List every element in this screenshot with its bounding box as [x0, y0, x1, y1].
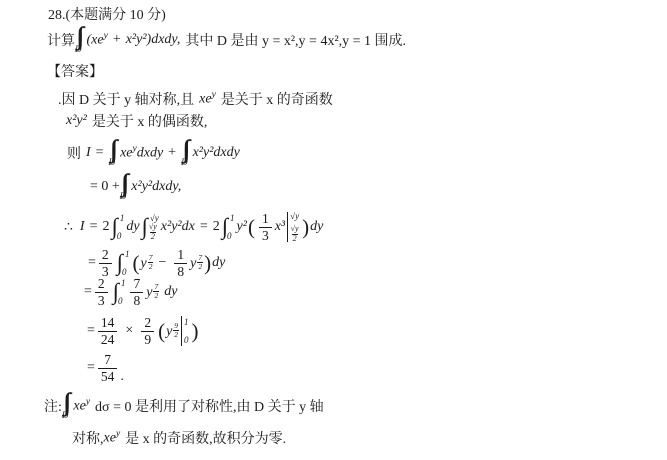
period: . [120, 369, 124, 385]
equals-sign: = [90, 219, 98, 235]
problem-lead: 计算 [47, 30, 75, 50]
evaluation-bar: 10 [181, 316, 189, 346]
equation-5-line: = 23 ∫ 10 78 y72 dy [84, 275, 177, 309]
intro-text-3: 是关于 x 的偶函数, [92, 111, 208, 131]
integral-limits: √y √y2 [147, 213, 159, 241]
vertical-bar [287, 212, 288, 242]
double-integral-sign: ∫∫ D [77, 26, 84, 54]
vertical-bar [181, 316, 182, 346]
y-power-7-2: y72 [140, 254, 153, 272]
xe-power-y-term: xey [104, 429, 121, 447]
note-text-1: dσ = 0 是利用了对称性,由 D 关于 y 轴 [95, 396, 324, 416]
integral-limits: 10 [118, 278, 126, 306]
left-paren: ( [248, 217, 255, 238]
evaluation-bar: √y √y2 [287, 211, 299, 243]
xe-power-y: xey [199, 90, 216, 108]
equation-2-line: = 0 + ∫∫ D x²y²dxdy, [90, 169, 181, 205]
double-integral-sign: ∫∫ D [111, 139, 118, 167]
sqrt-y-over-2: √y2 [290, 225, 299, 243]
note-label: 注: [44, 396, 62, 416]
integral-sqrt-limits: ∫ √y √y2 [142, 213, 159, 241]
exponent-7-2: 72 [197, 254, 203, 272]
fraction-1-3: 13 [259, 211, 272, 243]
equals-sign: = [87, 323, 95, 339]
times-operator: × [125, 323, 133, 339]
exponent-y: y [116, 429, 120, 439]
math-solution-page: 28.(本题满分 10 分) 计算 ∫∫ D (xey + x²y²)dxdy,… [0, 0, 667, 460]
exponent-7-2: 72 [148, 254, 154, 272]
integral-0-1: ∫ 10 [222, 213, 235, 241]
right-paren: ) [204, 253, 211, 274]
x2y2dxdy-term: x²y²dxdy [193, 145, 240, 161]
domain-label: D [75, 45, 82, 54]
note-text-2b: 是 x 的奇函数,故积分为零. [125, 428, 286, 448]
therefore-symbol: ∴ [64, 219, 73, 236]
equals-sign: = [200, 219, 208, 235]
x2y2-term: x²y² [66, 113, 87, 129]
equation-7-line: = 754 . [87, 351, 124, 385]
domain-label: D [109, 158, 116, 167]
double-integral-sign: ∫∫ D [183, 139, 190, 167]
intro-text-1: .因 D 关于 y 轴对称,且 [58, 89, 194, 109]
I-variable: I [86, 145, 91, 161]
integrand-term-1: (xey [87, 31, 108, 49]
dy-differential: dy [310, 219, 323, 235]
problem-condition: 其中 D 是由 y = x²,y = 4x²,y = 1 围成. [185, 30, 406, 50]
dy-differential: dy [126, 219, 139, 235]
I-variable: I [80, 219, 85, 235]
evaluation-limits: 10 [184, 317, 189, 345]
answer-label-line: 【答案】 [47, 61, 103, 81]
problem-number: 28.(本题满分 10 分) [48, 4, 166, 24]
sqrt-y-over-2: √y2 [147, 223, 159, 241]
plus-operator: + [113, 32, 121, 48]
coefficient-2: 2 [213, 219, 220, 235]
equation-1-line: 则 I = ∫∫ D xeydxdy + ∫∫ D x²y²dxdy [67, 135, 240, 171]
equals-sign: = [84, 284, 92, 300]
y-power-7-2: y72 [146, 283, 159, 301]
integral-limits: 10 [122, 249, 130, 277]
integral-limits: 10 [117, 213, 125, 241]
double-integral-sign: ∫∫ D [64, 392, 71, 420]
equals-sign: = [87, 360, 95, 376]
fraction-2-9: 29 [141, 315, 154, 347]
right-paren: ) [302, 217, 309, 238]
integral-0-1: ∫ 10 [117, 249, 130, 277]
eq2-head: = 0 + [90, 179, 120, 195]
x2y2dxdy-term: x²y²dxdy, [131, 179, 181, 195]
domain-label: D [120, 192, 127, 201]
integral-0-1: ∫ 10 [113, 278, 126, 306]
y-power-9-2: y92 [166, 322, 179, 340]
note-text-2a: 对称, [72, 428, 104, 448]
fraction-2-3: 23 [95, 276, 108, 308]
note-line-1: 注: ∫∫ D xey dσ = 0 是利用了对称性,由 D 关于 y 轴 [44, 388, 324, 424]
domain-label: D [62, 411, 69, 420]
intro-text-2: 是关于 x 的奇函数 [221, 89, 333, 109]
equals-sign: = [88, 255, 96, 271]
x2y2dx-integrand: x²y²dx [161, 219, 195, 235]
domain-label: D [181, 158, 188, 167]
even-function-line: x²y² 是关于 x 的偶函数, [66, 111, 207, 131]
equation-6-line: = 1424 × 29 ( y92 10 ) [87, 312, 200, 350]
symmetry-statement-line: .因 D 关于 y 轴对称,且 xey 是关于 x 的奇函数 [58, 89, 333, 109]
xe-power-y-term: xey [73, 397, 90, 415]
x-cubed-term: x³ [275, 219, 285, 235]
equals-sign: = [96, 145, 104, 161]
fraction-14-24: 1424 [98, 315, 118, 347]
dy-differential: dy [212, 255, 225, 271]
problem-number-line: 28.(本题满分 10 分) [48, 4, 166, 24]
double-integral-sign: ∫∫ D [122, 173, 129, 201]
exponent-7-2: 72 [153, 283, 159, 301]
plus-operator: + [168, 145, 176, 161]
integral-limits: 10 [227, 213, 235, 241]
xe-power-y-term: xeydxdy [120, 144, 163, 162]
equation-3-line: ∴ I = 2 ∫ 10 dy ∫ √y √y2 x²y²dx = 2 ∫ 10… [64, 205, 323, 249]
left-paren: ( [158, 321, 165, 342]
evaluation-limits: √y √y2 [290, 211, 299, 243]
exponent-y: y [212, 90, 216, 100]
eq1-label: 则 [67, 143, 81, 163]
problem-statement-line: 计算 ∫∫ D (xey + x²y²)dxdy, 其中 D 是由 y = x²… [47, 22, 406, 58]
integral-0-1: ∫ 10 [112, 213, 125, 241]
integrand-term-2: x²y²)dxdy, [126, 32, 181, 48]
coefficient-2: 2 [103, 219, 110, 235]
y-power-7-2: y72 [190, 254, 203, 272]
minus-operator: − [158, 255, 166, 271]
exponent-y: y [104, 31, 108, 41]
fraction-7-54: 754 [98, 352, 118, 384]
exponent-9-2: 92 [173, 322, 179, 340]
left-paren: ( [132, 253, 139, 274]
fraction-7-8: 78 [130, 276, 143, 308]
note-line-2: 对称, xey 是 x 的奇函数,故积分为零. [72, 428, 286, 448]
right-paren: ) [192, 321, 199, 342]
exponent-y: y [86, 397, 90, 407]
dy-differential: dy [164, 284, 177, 300]
answer-label: 【答案】 [47, 61, 103, 81]
y-squared-term: y² [237, 219, 247, 235]
